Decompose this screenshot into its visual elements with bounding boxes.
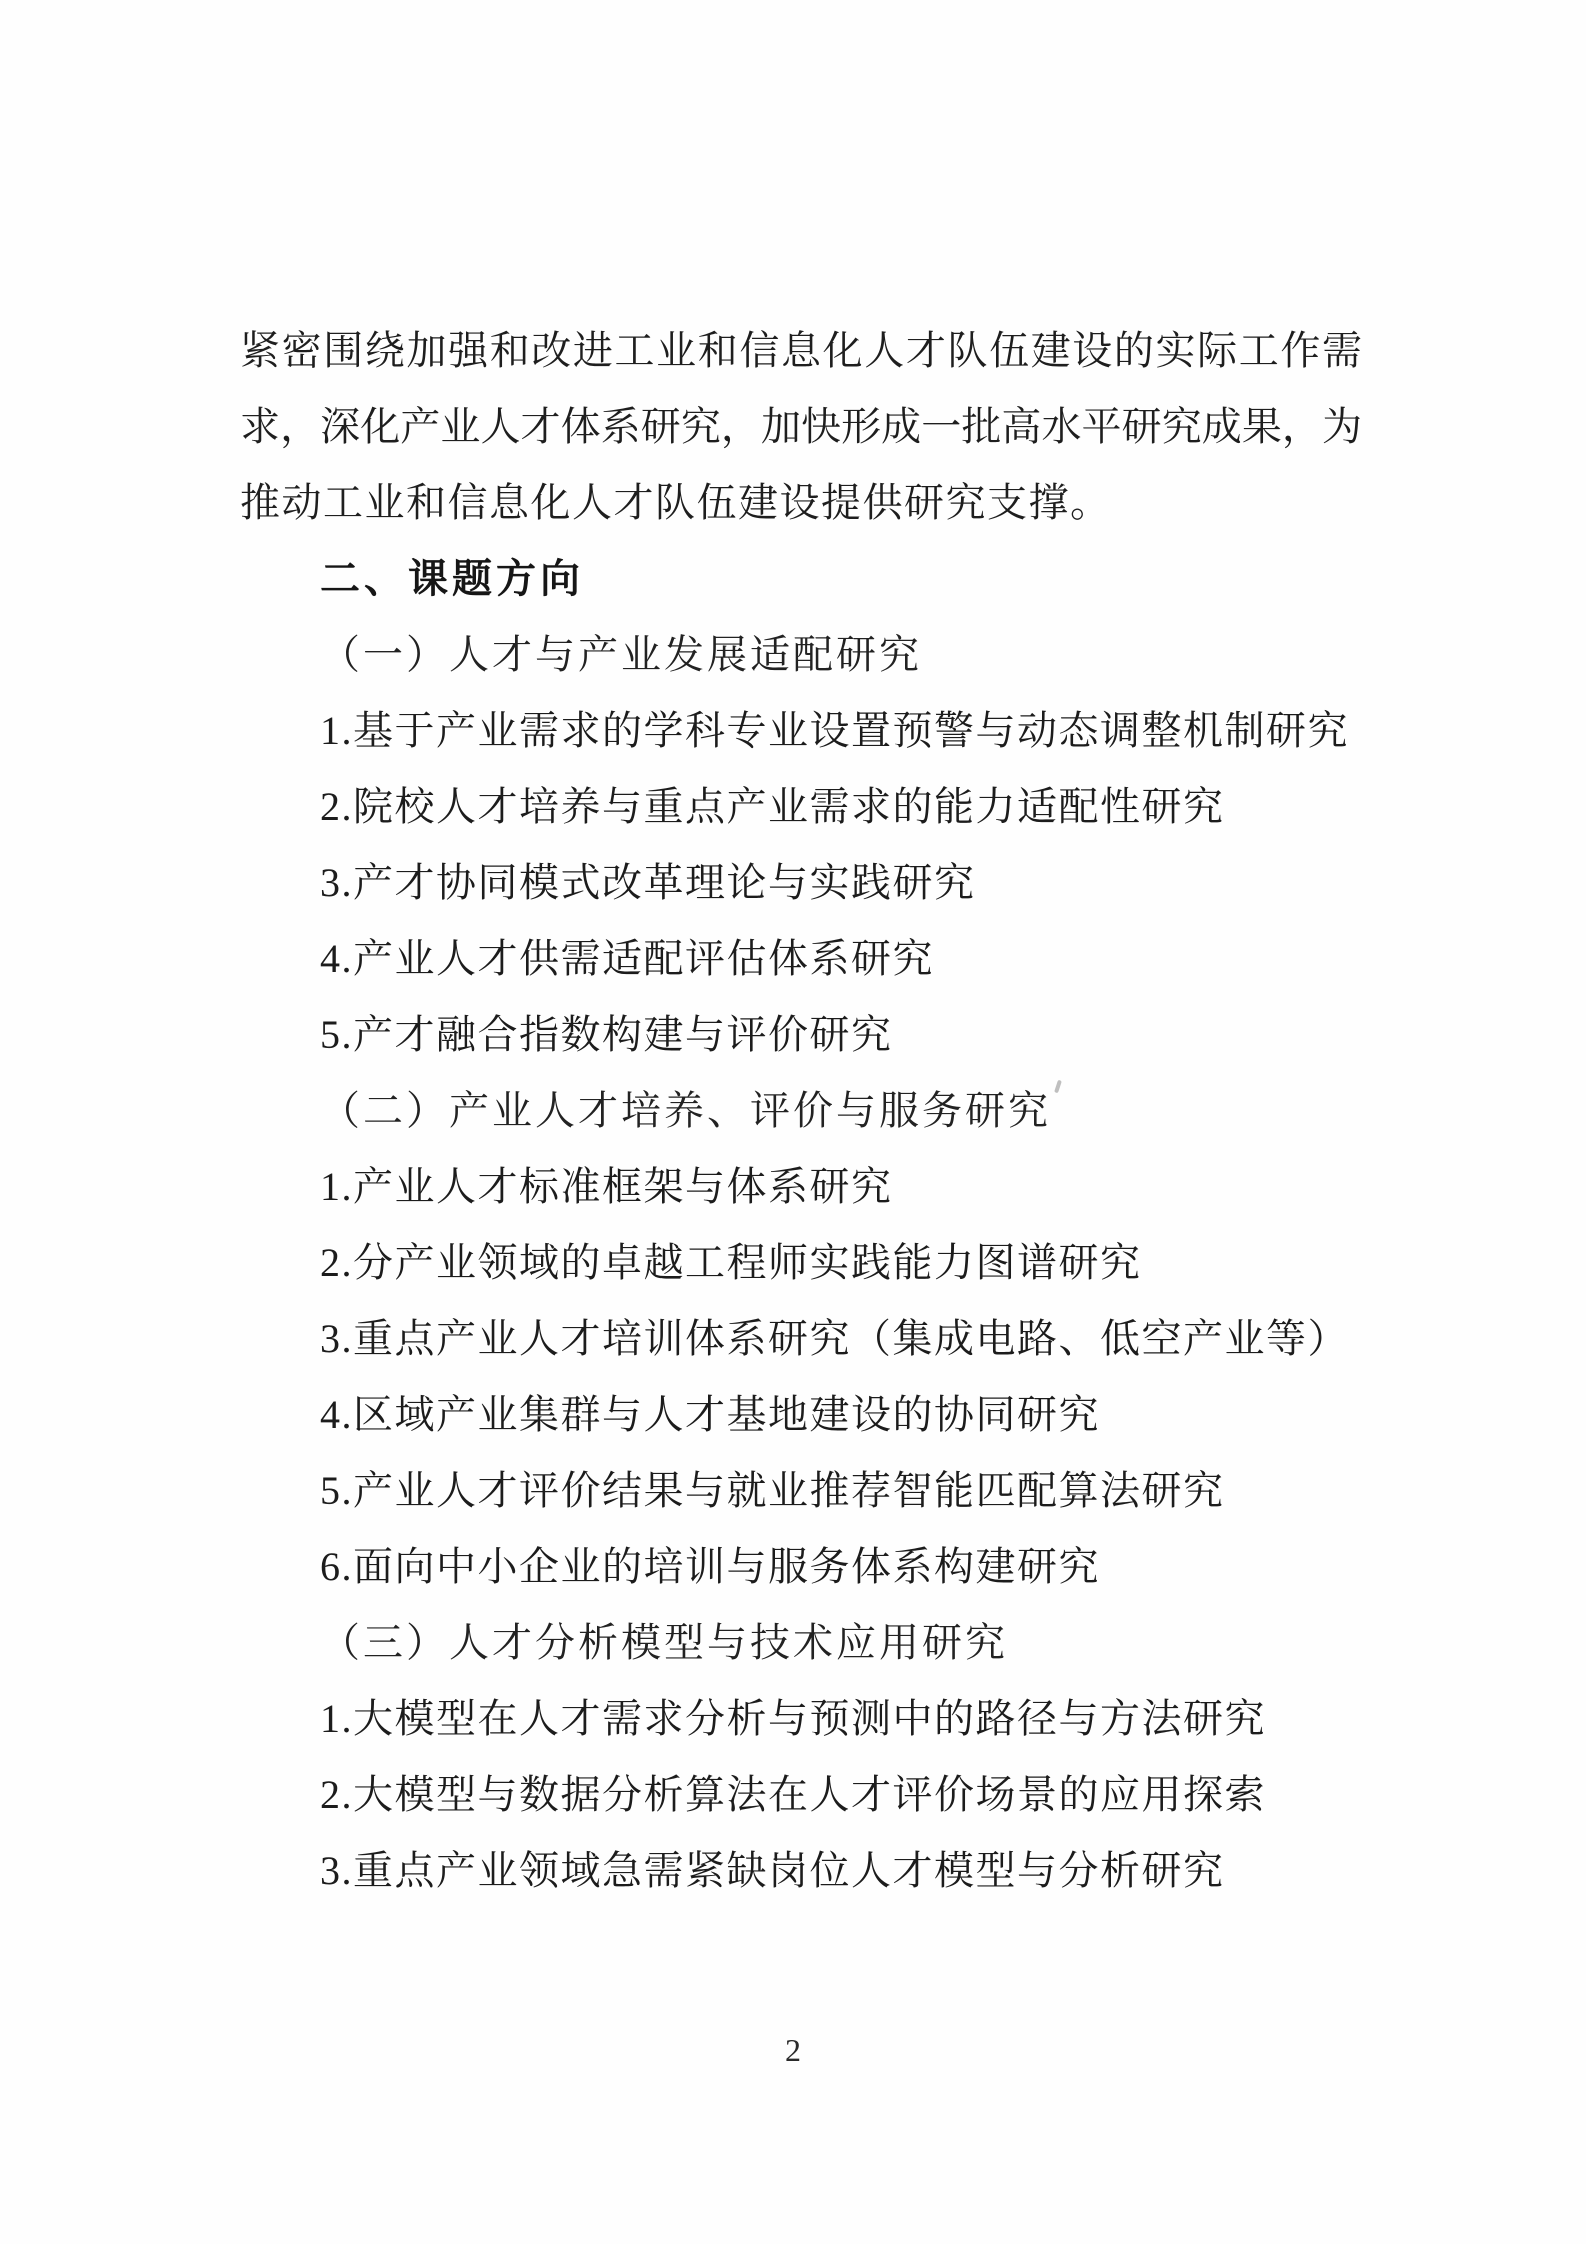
document-line: 1.基于产业需求的学科专业设置预警与动态调整机制研究 xyxy=(240,693,1362,769)
document-line: 2.大模型与数据分析算法在人才评价场景的应用探索 xyxy=(240,1757,1362,1833)
document-line: 2.院校人才培养与重点产业需求的能力适配性研究 xyxy=(240,769,1362,845)
document-line: 紧密围绕加强和改进工业和信息化人才队伍建设的实际工作需 xyxy=(240,313,1362,389)
document-line: 6.面向中小企业的培训与服务体系构建研究 xyxy=(240,1529,1362,1605)
document-line: 3.重点产业人才培训体系研究（集成电路、低空产业等） xyxy=(240,1301,1362,1377)
document-line: 推动工业和信息化人才队伍建设提供研究支撑。 xyxy=(240,465,1362,541)
page-number: 2 xyxy=(0,2030,1586,2070)
document-line: 求，深化产业人才体系研究，加快形成一批高水平研究成果，为 xyxy=(240,389,1362,465)
document-line: （一）人才与产业发展适配研究 xyxy=(240,617,1362,693)
document-line: 2.分产业领域的卓越工程师实践能力图谱研究 xyxy=(240,1225,1362,1301)
document-body: 紧密围绕加强和改进工业和信息化人才队伍建设的实际工作需求，深化产业人才体系研究，… xyxy=(240,313,1362,1909)
document-line: 5.产业人才评价结果与就业推荐智能匹配算法研究 xyxy=(240,1453,1362,1529)
document-line: 5.产才融合指数构建与评价研究 xyxy=(240,997,1362,1073)
document-line: （二）产业人才培养、评价与服务研究 xyxy=(240,1073,1362,1149)
document-line: （三）人才分析模型与技术应用研究 xyxy=(240,1605,1362,1681)
document-line: 3.重点产业领域急需紧缺岗位人才模型与分析研究 xyxy=(240,1833,1362,1909)
document-line: 1.大模型在人才需求分析与预测中的路径与方法研究 xyxy=(240,1681,1362,1757)
document-page: 紧密围绕加强和改进工业和信息化人才队伍建设的实际工作需求，深化产业人才体系研究，… xyxy=(0,0,1586,2244)
document-line: 3.产才协同模式改革理论与实践研究 xyxy=(240,845,1362,921)
document-line: 1.产业人才标准框架与体系研究 xyxy=(240,1149,1362,1225)
document-line: 二、课题方向 xyxy=(240,541,1362,617)
document-line: 4.产业人才供需适配评估体系研究 xyxy=(240,921,1362,997)
document-line: 4.区域产业集群与人才基地建设的协同研究 xyxy=(240,1377,1362,1453)
